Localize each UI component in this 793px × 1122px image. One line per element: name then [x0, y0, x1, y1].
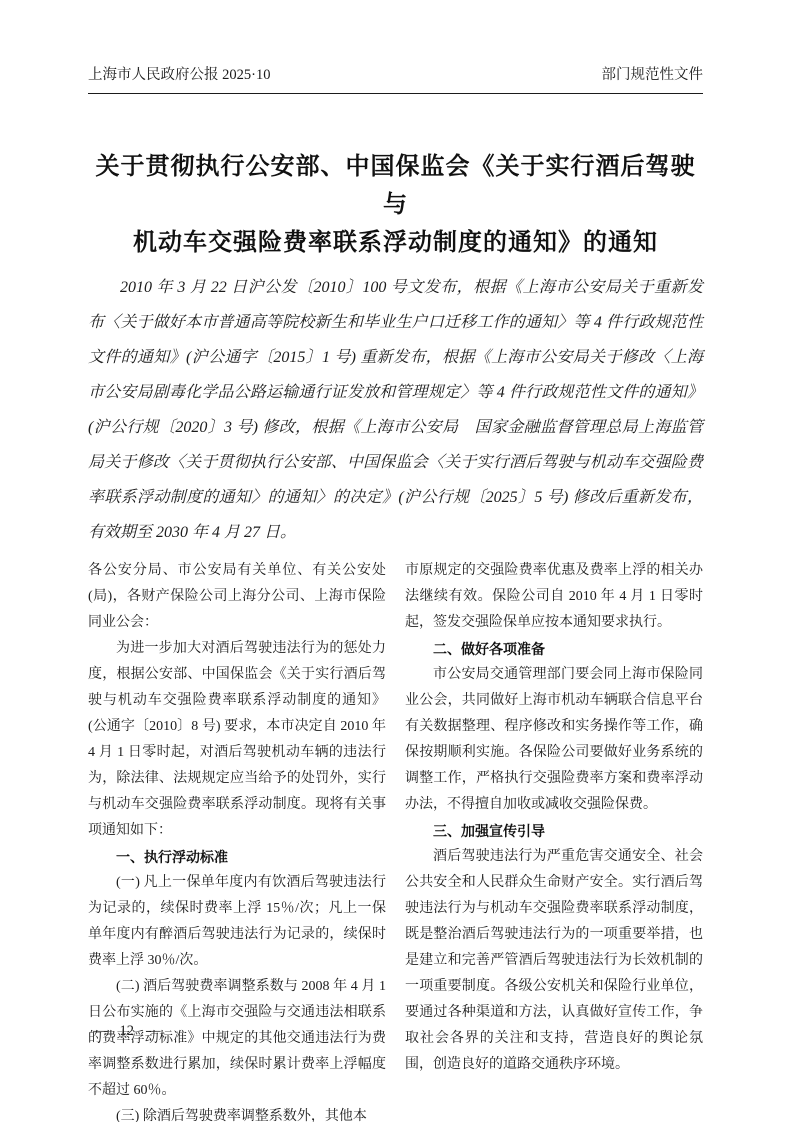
- document-title-line1: 关于贯彻执行公安部、中国保监会《关于实行酒后驾驶与: [88, 148, 703, 224]
- footer-dash-right: —: [146, 1023, 161, 1039]
- page-number: 12: [120, 1023, 135, 1039]
- page-header: 上海市人民政府公报 2025·10 部门规范性文件: [88, 66, 703, 94]
- item-3-paragraph-continuation: 市原规定的交强险费率优惠及费率上浮的相关办法继续有效。保险公司自 2010 年 …: [405, 558, 703, 636]
- gazette-title: 上海市人民政府公报 2025·10: [88, 66, 270, 84]
- revision-preamble: 2010 年 3 月 22 日沪公发〔2010〕100 号文发布，根据《上海市公…: [88, 270, 703, 550]
- document-title-line2: 机动车交强险费率联系浮动制度的通知》的通知: [88, 224, 703, 262]
- section-heading-1: 一、执行浮动标准: [88, 844, 386, 870]
- section-heading-3: 三、加强宣传引导: [405, 818, 703, 844]
- body-columns: 各公安分局、市公安局有关单位、有关公安处(局)，各财产保险公司上海分公司、上海市…: [88, 558, 703, 1122]
- addressee-paragraph: 各公安分局、市公安局有关单位、有关公安处(局)，各财产保险公司上海分公司、上海市…: [88, 558, 386, 636]
- section-label: 部门规范性文件: [602, 66, 704, 84]
- document-page: 上海市人民政府公报 2025·10 部门规范性文件 关于贯彻执行公安部、中国保监…: [0, 0, 793, 1122]
- right-column: 市原规定的交强险费率优惠及费率上浮的相关办法继续有效。保险公司自 2010 年 …: [405, 558, 703, 1122]
- item-1-paragraph: (一) 凡上一保单年度内有饮酒后驾驶违法行为记录的，续保时费率上浮 15％/次；…: [88, 870, 386, 974]
- section-heading-2: 二、做好各项准备: [405, 636, 703, 662]
- intro-paragraph: 为进一步加大对酒后驾驶违法行为的惩处力度，根据公安部、中国保监会《关于实行酒后驾…: [88, 636, 386, 844]
- footer-dash-left: —: [93, 1023, 108, 1039]
- page-footer: —12—: [93, 1022, 161, 1040]
- item-3-paragraph-start: (三) 除酒后驾驶费率调整系数外，其他本: [88, 1104, 386, 1122]
- document-title: 关于贯彻执行公安部、中国保监会《关于实行酒后驾驶与 机动车交强险费率联系浮动制度…: [88, 148, 703, 262]
- section-3-paragraph: 酒后驾驶违法行为严重危害交通安全、社会公共安全和人民群众生命财产安全。实行酒后驾…: [405, 844, 703, 1078]
- section-2-paragraph: 市公安局交通管理部门要会同上海市保险同业公会，共同做好上海市机动车辆联合信息平台…: [405, 662, 703, 818]
